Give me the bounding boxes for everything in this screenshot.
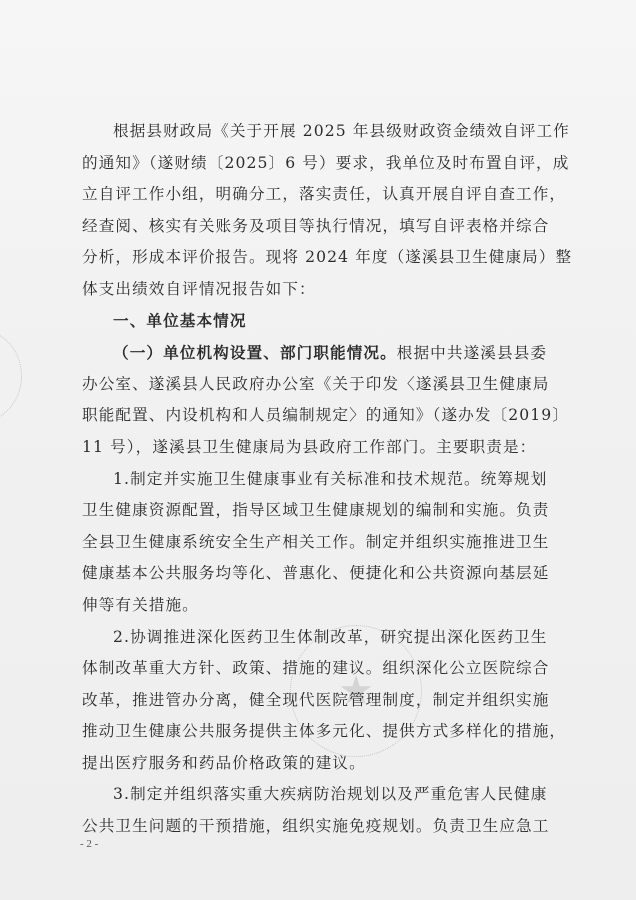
text-line: 卫生健康资源配置，指导区域卫生健康规划的编制和实施。负责 bbox=[82, 495, 558, 527]
document-body: 根据县财政局《关于开展 2025 年县级财政资金绩效自评工作 的通知》（遂财绩〔… bbox=[82, 116, 558, 843]
text-line: 健康基本公共服务均等化、普惠化、便捷化和公共资源向基层延 bbox=[82, 558, 558, 590]
subsection-title: （一）单位机构设置、部门职能情况。 bbox=[113, 343, 397, 362]
text-line: 伸等有关措施。 bbox=[82, 590, 558, 622]
text-line: 经查阅、核实有关账务及项目等执行情况，填写自评表格并综合 bbox=[82, 211, 558, 243]
text-line: 全县卫生健康系统安全生产相关工作。制定并组织实施推进卫生 bbox=[82, 527, 558, 559]
text-line: 改革，推进管办分离，健全现代医院管理制度，制定并组织实施 bbox=[82, 685, 558, 717]
text-line: 办公室、遂溪县人民政府办公室《关于印发〈遂溪县卫生健康局 bbox=[82, 369, 558, 401]
text-line: 体支出绩效自评情况报告如下： bbox=[82, 274, 558, 306]
text-line: 分析，形成本评价报告。现将 2024 年度（遂溪县卫生健康局）整 bbox=[82, 242, 558, 274]
text-line: 11 号），遂溪县卫生健康局为县政府工作部门。主要职责是： bbox=[82, 432, 558, 464]
text-line: 体制改革重大方针、政策、措施的建议。组织深化公立医院综合 bbox=[82, 653, 558, 685]
text-line: 2.协调推进深化医药卫生体制改革，研究提出深化医药卫生 bbox=[82, 622, 558, 654]
text-line: 立自评工作小组，明确分工，落实责任，认真开展自评自查工作， bbox=[82, 179, 558, 211]
text-span: 根据中共遂溪县县委 bbox=[397, 344, 547, 362]
section-heading: 一、单位基本情况 bbox=[82, 306, 558, 338]
page-number: - 2 - bbox=[80, 838, 98, 850]
text-line: 公共卫生问题的干预措施，组织实施免疫规划。负责卫生应急工 bbox=[82, 811, 558, 843]
duty-item-1: 1.制定并实施卫生健康事业有关标准和技术规范。统筹规划 卫生健康资源配置，指导区… bbox=[82, 464, 558, 622]
duty-item-3: 3.制定并组织落实重大疾病防治规划以及严重危害人民健康 公共卫生问题的干预措施，… bbox=[82, 779, 558, 842]
text-line: 推动卫生健康公共服务提供主体多元化、提供方式多样化的措施， bbox=[82, 716, 558, 748]
text-line: 根据县财政局《关于开展 2025 年县级财政资金绩效自评工作 bbox=[82, 116, 558, 148]
text-line: 职能配置、内设机构和人员编制规定〉的通知》（遂办发〔2019〕 bbox=[82, 400, 558, 432]
duty-item-2: 2.协调推进深化医药卫生体制改革，研究提出深化医药卫生 体制改革重大方针、政策、… bbox=[82, 622, 558, 780]
seal-stamp-partial bbox=[0, 330, 22, 422]
text-line: 1.制定并实施卫生健康事业有关标准和技术规范。统筹规划 bbox=[82, 464, 558, 496]
text-line: 的通知》（遂财绩〔2025〕6 号）要求，我单位及时布置自评，成 bbox=[82, 148, 558, 180]
text-line: 3.制定并组织落实重大疾病防治规划以及严重危害人民健康 bbox=[82, 779, 558, 811]
subsection-paragraph: （一）单位机构设置、部门职能情况。根据中共遂溪县县委 办公室、遂溪县人民政府办公… bbox=[82, 337, 558, 463]
text-line: （一）单位机构设置、部门职能情况。根据中共遂溪县县委 bbox=[82, 337, 558, 369]
intro-paragraph: 根据县财政局《关于开展 2025 年县级财政资金绩效自评工作 的通知》（遂财绩〔… bbox=[82, 116, 558, 306]
text-line: 提出医疗服务和药品价格政策的建议。 bbox=[82, 748, 558, 780]
document-page: ★ 根据县财政局《关于开展 2025 年县级财政资金绩效自评工作 的通知》（遂财… bbox=[0, 0, 636, 900]
